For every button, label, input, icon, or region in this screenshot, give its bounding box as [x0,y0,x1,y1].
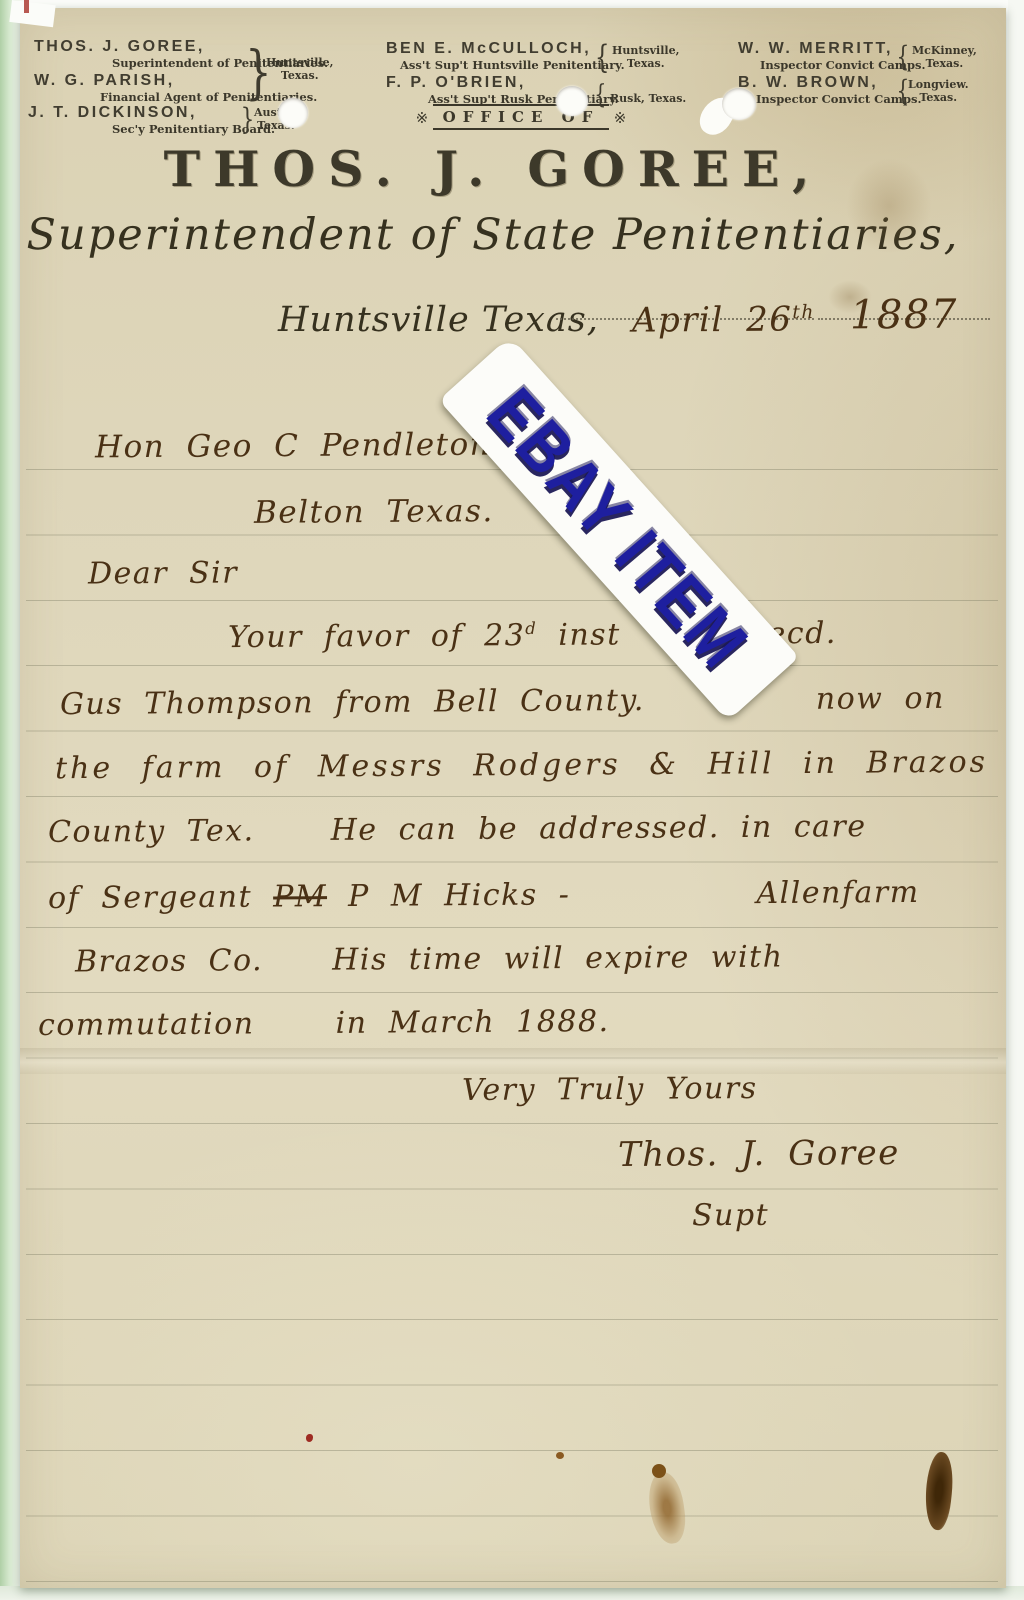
body-text: P M Hicks - [348,877,571,914]
location-label: Huntsville, Texas. [266,56,333,82]
body-line-5: of Sergeant PM P M Hicks - Allenfarm [48,875,920,916]
location-line: Huntsville, [266,56,333,69]
body-text: of Sergeant [48,880,252,916]
official-name: J. T. DICKINSON, [28,104,197,122]
stain-dot [652,1464,666,1478]
body-text: now on [816,681,945,717]
brace-glyph: { [595,38,610,76]
letterhead-office-title: Superintendent of State Penitentiaries, [0,210,986,260]
location-line: Texas. [912,57,977,70]
location-line: Huntsville, [612,44,679,57]
body-text: Gus Thompson from Bell County. [60,683,645,722]
official-title: Ass't Sup't Huntsville Penitentiary. [400,58,625,72]
official-name: W. G. PARISH, [34,72,175,90]
punch-hole [722,88,756,120]
body-text: commutation [38,1006,255,1043]
dateline-place: Huntsville Texas, [278,300,599,340]
body-text: County Tex. [48,813,255,849]
official-name: THOS. J. GOREE, [34,38,205,56]
brown-speck [556,1452,564,1459]
official-name: F. P. O'BRIEN, [386,74,526,92]
body-text: His time will expire with [332,940,784,978]
day-suffix: th [792,302,815,323]
office-of-banner: ※ OFFICE OF ※ [398,104,644,130]
location-label: Longview. Texas. [908,78,969,104]
official-name: BEN E. McCULLOCH, [386,40,591,58]
red-edge-mark [24,0,29,13]
stain [846,158,932,254]
closing-line: Very Truly Yours [462,1071,758,1108]
body-text: in March 1888. [335,1004,609,1041]
body-line-4: County Tex. He can be addressed. in care [48,809,867,850]
body-superscript: d [525,619,537,638]
location-label: Huntsville, Texas. [612,44,679,70]
stain [828,280,872,314]
signature-title: Supt [692,1198,769,1234]
punch-hole [556,86,588,116]
body-line-6: Brazos Co. His time will expire with [75,940,784,980]
salutation-line: Dear Sir [88,555,238,591]
body-text: Brazos Co. [75,943,263,979]
location-label: McKinney, Texas. [912,44,977,70]
official-name: W. W. MERRITT, [738,40,893,58]
body-text: inst [558,617,621,652]
fleuron-icon: ※ [416,110,429,127]
scanner-background-right [1008,0,1024,1600]
scanner-background-bottom [0,1586,1024,1600]
official-name: B. W. BROWN, [738,74,878,92]
brace-glyph: { [896,40,909,73]
recipient-place-line: Belton Texas. [254,493,494,531]
fold-crease [20,1048,1006,1074]
brace-glyph: } [241,102,255,137]
recipient-line: Hon Geo C Pendleton [95,427,491,466]
body-line-3: the farm of Messrs Rodgers & Hill in Bra… [55,745,988,787]
body-line-7: commutation in March 1888. [38,1004,610,1043]
location-line: McKinney, [912,44,977,57]
signature: Thos. J. Goree [618,1133,900,1175]
body-text: Allenfarm [756,875,919,911]
body-text: He can be addressed. in care [331,809,867,848]
struck-out-text: PM [273,879,327,914]
fleuron-icon: ※ [614,110,627,127]
location-line: Texas. [612,57,679,70]
punch-hole [278,98,308,128]
body-text: Your favor of 23 [228,618,525,655]
dateline-day-handwritten: April 26th [632,299,815,340]
scanned-letter-page: THOS. J. GOREE, Superintendent of Penite… [0,0,1024,1600]
location-line: Texas. [266,69,333,82]
location-line: Texas. [908,91,969,104]
letterhead-name: THOS. J. GOREE, [0,140,986,198]
day-text: April 26 [632,300,793,341]
body-line-2: Gus Thompson from Bell County. now on [60,681,945,722]
location-line: Longview. [908,78,969,91]
